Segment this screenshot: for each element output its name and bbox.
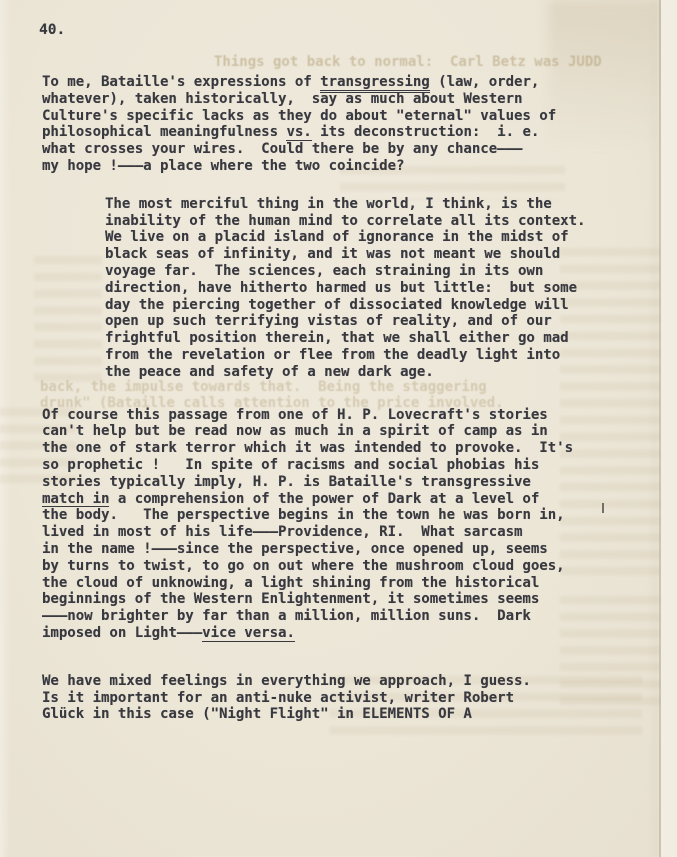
text-line: what crosses your wires. Could there be … <box>42 141 585 158</box>
text-line: Glück in this case ("Night Flight" in EL… <box>42 706 585 723</box>
paragraph-lovecraft-quote: The most merciful thing in the world, I … <box>105 196 585 381</box>
text-line: the peace and safety of a new dark age. <box>105 364 585 381</box>
text-line: day the piercing together of dissociated… <box>105 297 585 314</box>
page-body: To me, Bataille's expressions of transgr… <box>42 74 585 723</box>
text-line: from the revelation or flee from the dea… <box>105 347 585 364</box>
scanned-typescript-page: Things got back to normal: Carl Betz was… <box>0 0 677 857</box>
text-line: whatever), taken historically, say as mu… <box>42 91 585 108</box>
text-line: by turns to twist, to go on out where th… <box>42 558 585 575</box>
text-line: We have mixed feelings in everything we … <box>42 673 585 690</box>
text-line: in the name !———since the perspective, o… <box>42 541 585 558</box>
text-line: the one of stark terror which it was int… <box>42 440 585 457</box>
text-line: Culture's specific lacks as they do abou… <box>42 108 585 125</box>
text-line: the cloud of unknowing, a light shining … <box>42 575 585 592</box>
text-line: beginnings of the Western Enlightenment,… <box>42 591 585 608</box>
paragraph-closing: We have mixed feelings in everything we … <box>42 673 585 723</box>
text-line: black seas of infinity, and it was not m… <box>105 246 585 263</box>
emphasized-text: vs. <box>286 124 311 141</box>
text-line: philosophical meaningfulness vs. its dec… <box>42 124 585 141</box>
text-line: can't help but be read now as much in a … <box>42 423 585 440</box>
text-line: ———now brighter by far than a million, m… <box>42 608 585 625</box>
text-line: voyage far. The sciences, each straining… <box>105 263 585 280</box>
text-line: To me, Bataille's expressions of transgr… <box>42 74 585 91</box>
text-line: Of course this passage from one of H. P.… <box>42 407 585 424</box>
text-line: imposed on Light———vice versa. <box>42 625 585 642</box>
text-line: direction, have hitherto harmed us but l… <box>105 280 585 297</box>
text-line: the body. The perspective begins in the … <box>42 507 585 524</box>
text-line: my hope !———a place where the two coinci… <box>42 158 585 175</box>
text-line: Is it important for an anti-nuke activis… <box>42 690 585 707</box>
text-line: stories typically imply, H. P. is Batail… <box>42 474 585 491</box>
text-line: open up such terrifying vistas of realit… <box>105 313 585 330</box>
stray-mark <box>602 503 604 513</box>
paragraph-intro: To me, Bataille's expressions of transgr… <box>42 74 585 175</box>
bleedthrough-line: Things got back to normal: Carl Betz was… <box>214 54 602 71</box>
text-line: The most merciful thing in the world, I … <box>105 196 585 213</box>
text-line: frightful position therein, that we shal… <box>105 330 585 347</box>
emphasized-text: vice versa. <box>202 625 295 642</box>
text-line: lived in most of his life———Providence, … <box>42 524 585 541</box>
page-number: 40. <box>39 22 65 39</box>
emphasized-text: the body <box>42 506 109 523</box>
page-right-edge <box>661 0 677 857</box>
text-line: inability of the human mind to correlate… <box>105 213 585 230</box>
text-line: so prophetic ! In spite of racisms and s… <box>42 457 585 474</box>
text-line: We live on a placid island of ignorance … <box>105 229 585 246</box>
paragraph-commentary: Of course this passage from one of H. P.… <box>42 407 585 642</box>
text-line: match in a comprehension of the power of… <box>42 491 585 508</box>
